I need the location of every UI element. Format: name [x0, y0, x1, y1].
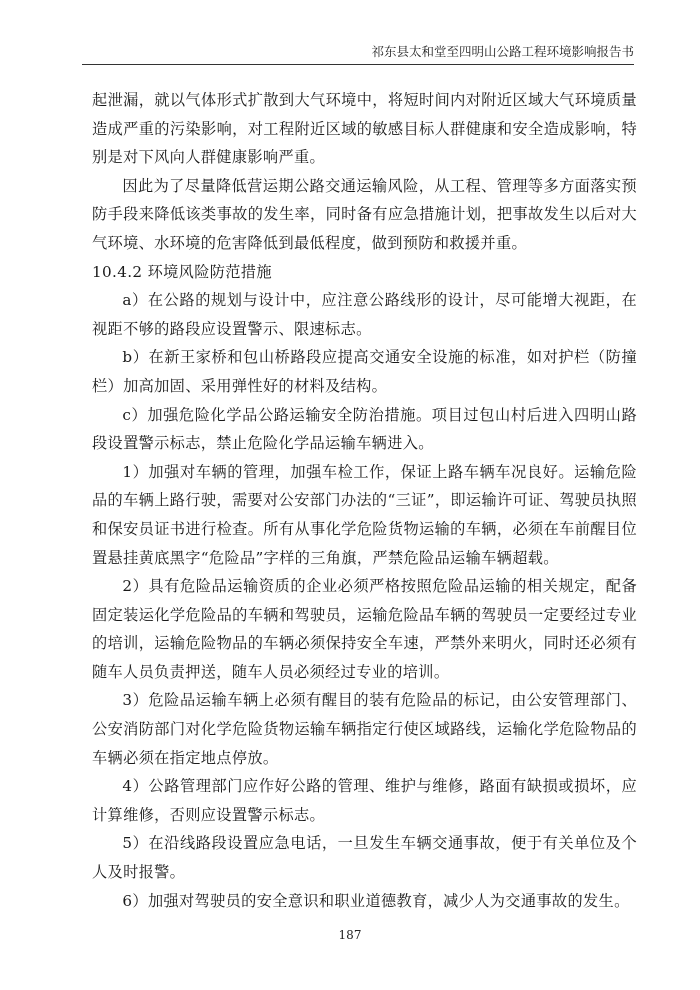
document-body: 起泄漏，就以气体形式扩散到大气环境中，将短时间内对附近区域大气环境质量造成严重的… — [92, 86, 637, 915]
measure-4: 4）公路管理部门应作好公路的管理、维护与维修，路面有缺损或损坏，应计算维修，否则… — [92, 772, 637, 829]
measure-a: a）在公路的规划与设计中，应注意公路线形的设计，尽可能增大视距，在视距不够的路段… — [92, 286, 637, 343]
measure-5: 5）在沿线路段设置应急电话，一旦发生车辆交通事故，便于有关单位及个人及时报警。 — [92, 829, 637, 886]
measure-6: 6）加强对驾驶员的安全意识和职业道德教育，减少人为交通事故的发生。 — [92, 887, 637, 916]
page-header: 祁东县太和堂至四明山公路工程环境影响报告书 — [82, 42, 634, 65]
measure-2: 2）具有危险品运输资质的企业必须严格按照危险品运输的相关规定，配备固定装运化学危… — [92, 572, 637, 686]
page-number: 187 — [0, 928, 700, 942]
paragraph-risk-reduction: 因此为了尽量降低营运期公路交通运输风险，从工程、管理等多方面落实预防手段来降低该… — [92, 172, 637, 258]
section-heading: 10.4.2 环境风险防范措施 — [92, 258, 637, 287]
measure-1: 1）加强对车辆的管理，加强车检工作，保证上路车辆车况良好。运输危险品的车辆上路行… — [92, 458, 637, 572]
measure-c: c）加强危险化学品公路运输安全防治措施。项目过包山村后进入四明山路段设置警示标志… — [92, 401, 637, 458]
measure-b: b）在新王家桥和包山桥路段应提高交通安全设施的标准，如对护栏（防撞栏）加高加固、… — [92, 343, 637, 400]
measure-3: 3）危险品运输车辆上必须有醒目的装有危险品的标记，由公安管理部门、公安消防部门对… — [92, 686, 637, 772]
document-title: 祁东县太和堂至四明山公路工程环境影响报告书 — [371, 44, 634, 59]
paragraph-leak-impact: 起泄漏，就以气体形式扩散到大气环境中，将短时间内对附近区域大气环境质量造成严重的… — [92, 86, 637, 172]
